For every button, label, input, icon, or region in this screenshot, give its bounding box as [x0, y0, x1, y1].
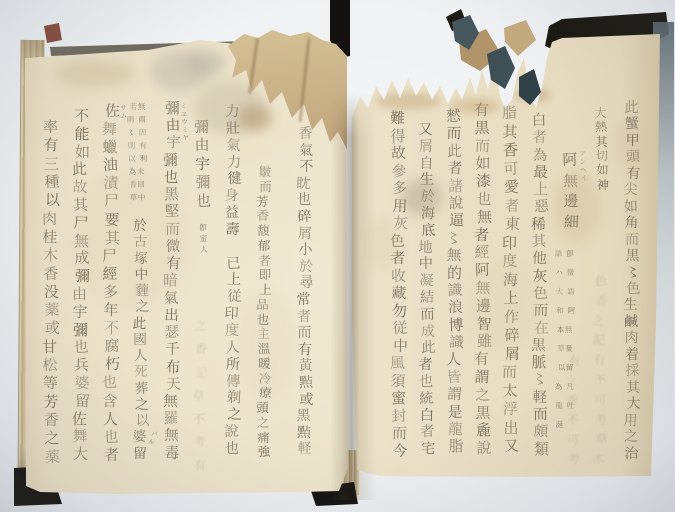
text-column: 力壯氣力徤身益壽 已上従印度人所傳剃之說也 — [224, 104, 242, 458]
text-column: 皺而芳香馥郁者即上品也主溫暖冷療頭之痛強 — [255, 165, 273, 460]
bleed-through-column: 之香記草不考有 — [191, 315, 209, 478]
torn-edge-shading — [515, 88, 551, 102]
furigana: アンヘイ — [574, 150, 592, 182]
text-column: 脂其香可愛者東印度海上作碎屑而太浮出又 — [502, 104, 520, 456]
torn-edge-shading — [375, 92, 441, 110]
bleed-through-column: 色香之記有不可考草木 — [591, 272, 609, 470]
paper-stain — [238, 105, 272, 131]
text-column: 又屑自生於海底地中凝結而成此者也統白者宅 — [418, 122, 436, 458]
photo-of-open-manuscript-book: 香氣不眈也碎屑小於尋常者而有黃㸃或黑㸃軽皺而芳香馥郁者即上品也主溫暖冷療頭之痛強… — [0, 0, 675, 512]
text-column: 此蟹甲頭有尖如角而黒〻色生鹹肉着採其大用之治 — [623, 100, 641, 462]
furigana: サム — [114, 104, 132, 120]
text-column: 於古塚中薶之此國人死葬之以婆留 — [132, 218, 150, 462]
text-column: 白者為最上惡稀其他灰色而在黒脈〻軽而頗類 — [531, 112, 549, 458]
interlinear-note-column: 語ハ大和本草以為龍涎 — [551, 244, 569, 434]
paper-stain — [55, 60, 135, 88]
text-column: 佐舞蠟油漬尸要其尸經多年不腐朽也含人也者 — [102, 102, 120, 464]
text-column: 彌由宇彌也黑堅而微有暗氣出瑟千布天無羅無毒 — [163, 100, 181, 462]
text-column: 有黒而如漆也無者經阿無邊智雖有謂之黒麁說 — [474, 102, 492, 458]
interlinear-note-column: 卽蜜人 — [195, 222, 213, 255]
text-column: 香氣不眈也碎屑小於尋常者而有黃㸃或黑㸃軽 — [296, 126, 314, 458]
furigana: ミユウミヤ — [175, 102, 193, 142]
text-column: 難得故參多用灰色者收藏勿従中風須蜜封而今 — [390, 110, 408, 460]
furigana: バル — [144, 430, 162, 446]
text-column: 憖而此者諸說逼〻無的識浪博識人皆謂是龍脂 — [446, 108, 464, 456]
paper-stain — [185, 50, 225, 76]
text-column: 率有三種以肉桂木香没薬或甘松等芳香之薬 — [42, 118, 60, 466]
text-column: 彌由宇彌也 — [194, 118, 212, 210]
text-column: 不能如此故其尸無成彌由宇彌也兵婆留佐舞大 — [72, 108, 90, 464]
text-column: 大熱其切如神 — [593, 106, 611, 192]
